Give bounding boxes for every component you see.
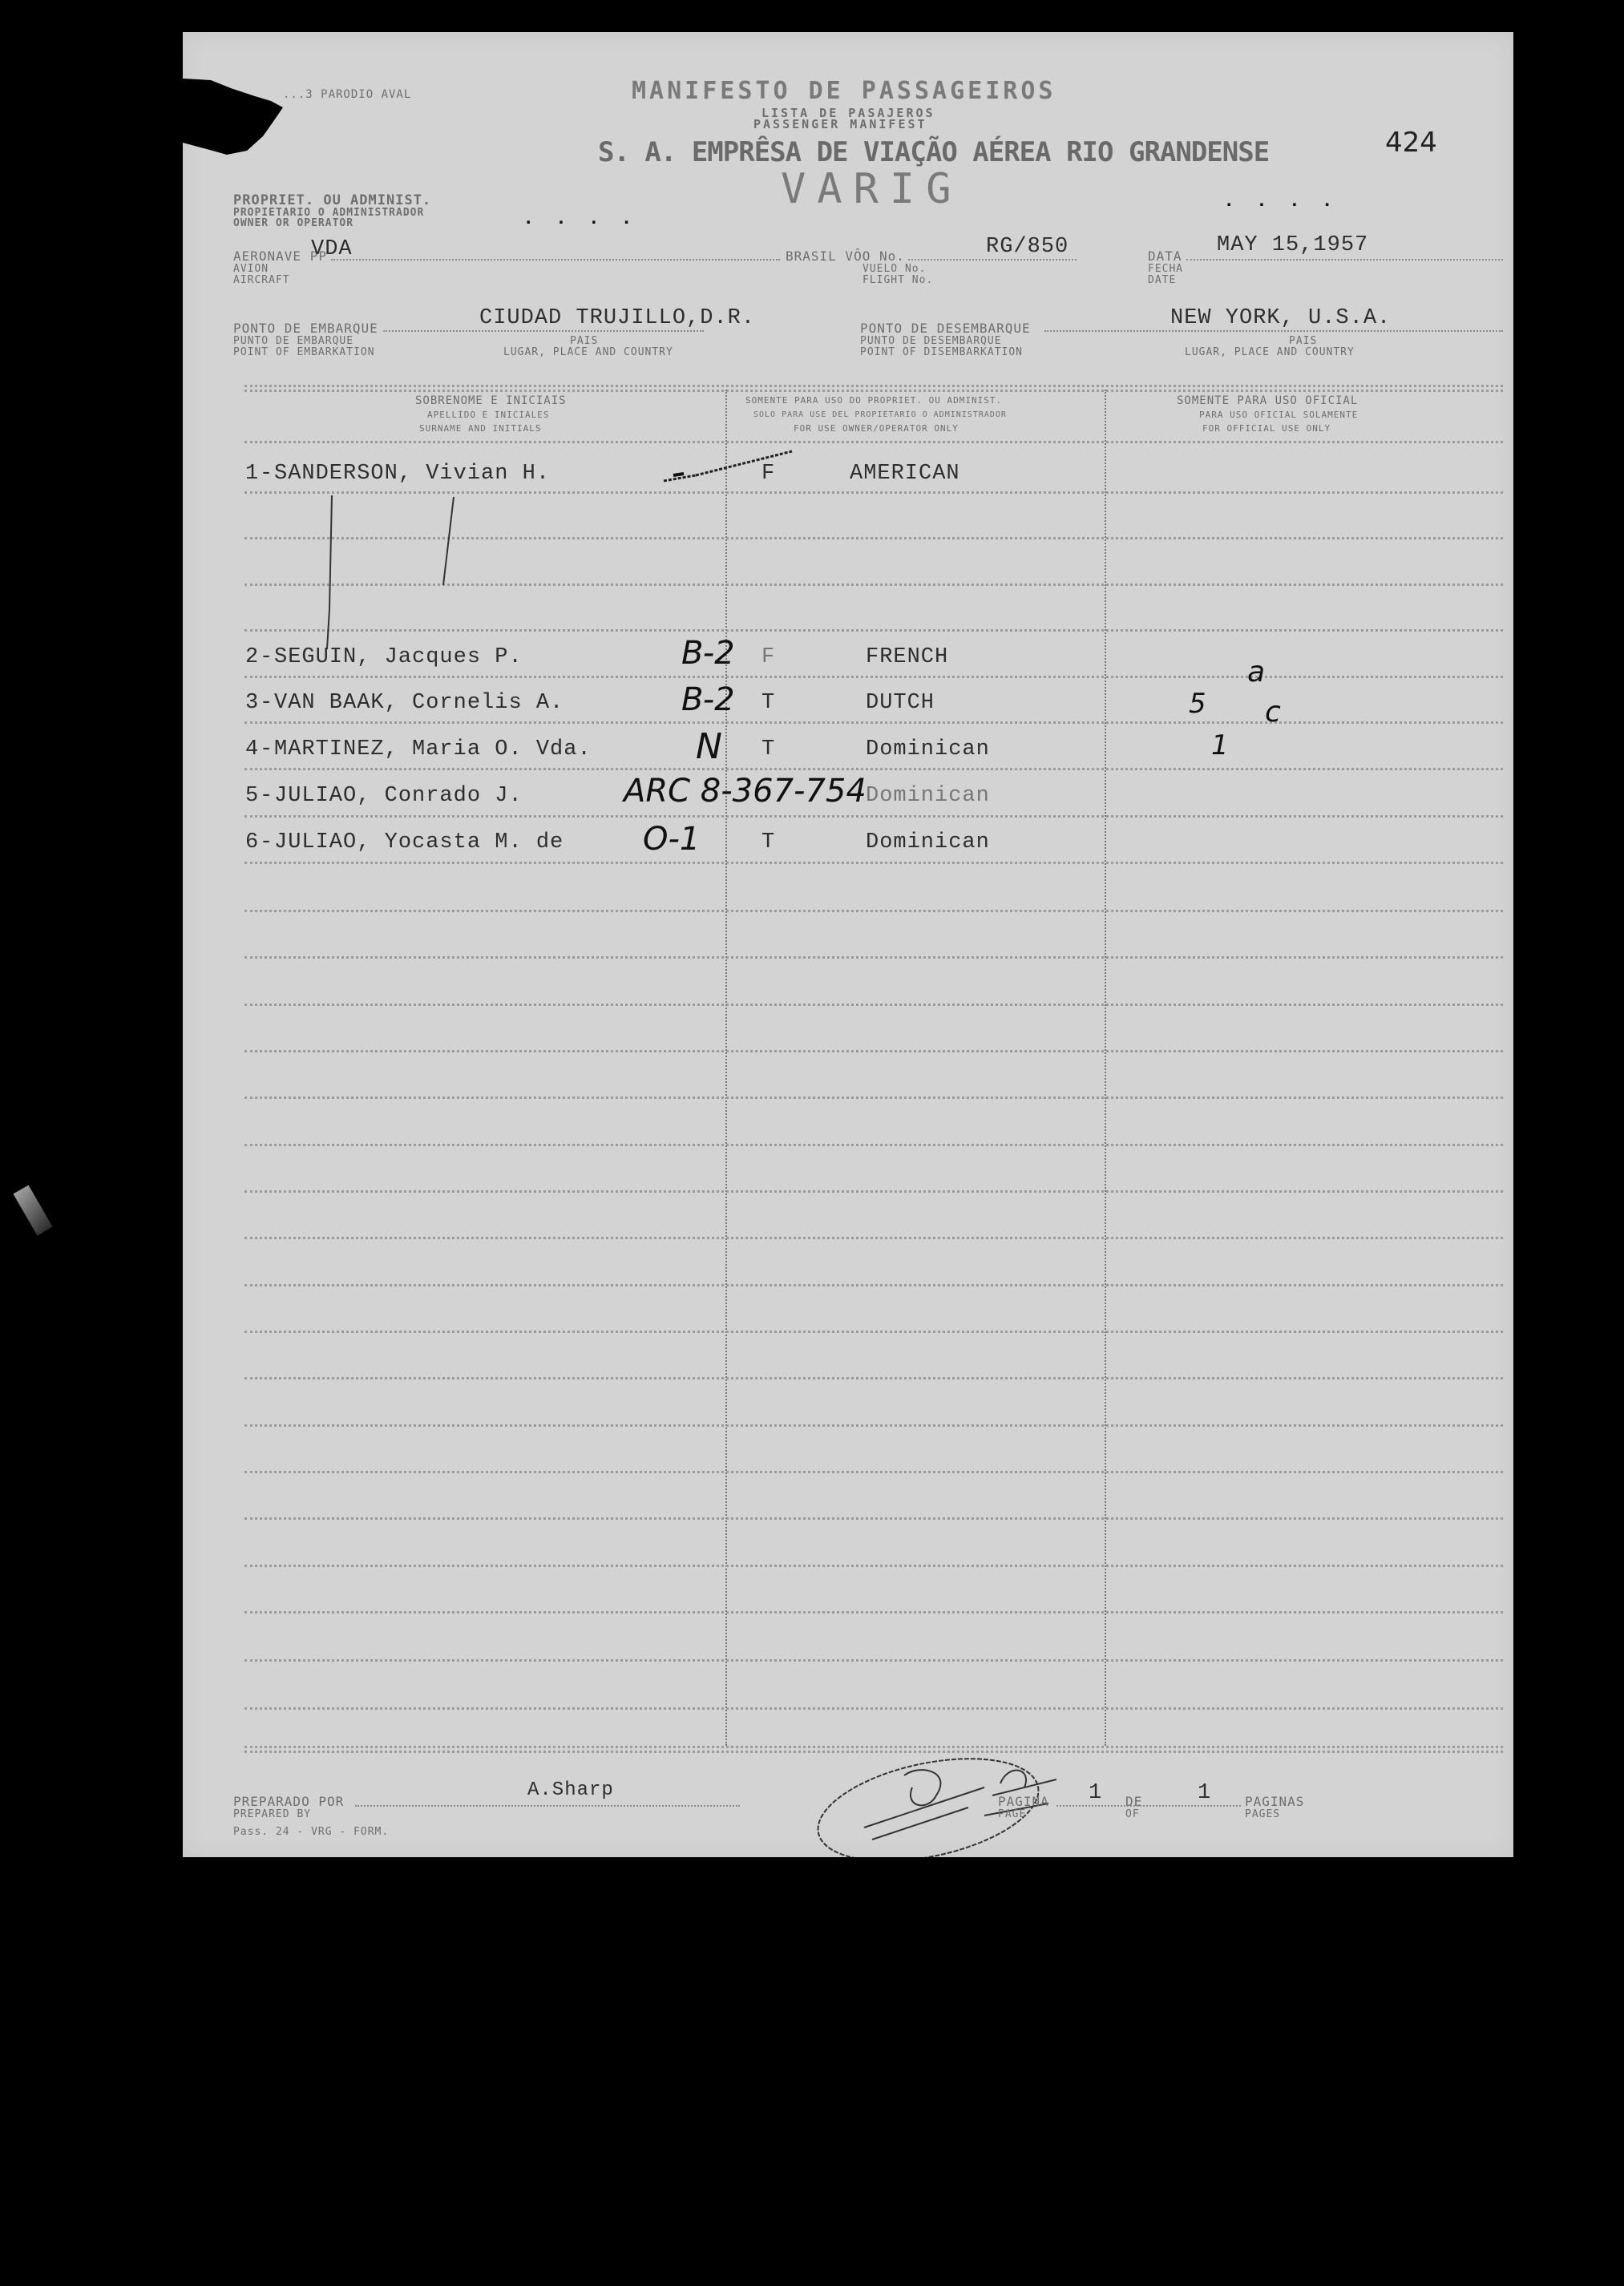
- page-label-en: PAGE: [998, 1808, 1026, 1821]
- form-code: Pass. 24 - VRG - FORM.: [233, 1826, 389, 1839]
- total-pages-value: 1: [1198, 1781, 1211, 1805]
- margin-artifact: [13, 1185, 52, 1236]
- prepared-by-label-pt: PREPARADO POR: [233, 1794, 344, 1809]
- manifest-page: ...3 PARODIO AVAL MANIFESTO DE PASSAGEIR…: [183, 32, 1513, 1857]
- page-value: 1: [1089, 1781, 1102, 1805]
- prepared-by-value: A.Sharp: [527, 1779, 614, 1801]
- pages-label-en: PAGES: [1245, 1808, 1280, 1821]
- page-label-pt: PAGINA: [998, 1794, 1049, 1809]
- handwritten-strokes: [183, 32, 1513, 1857]
- pages-label-pt: PAGINAS: [1245, 1794, 1304, 1809]
- prepared-by-label-en: PREPARED BY: [233, 1808, 311, 1821]
- of-label-en: OF: [1125, 1808, 1140, 1821]
- of-label-pt: DE: [1125, 1794, 1142, 1809]
